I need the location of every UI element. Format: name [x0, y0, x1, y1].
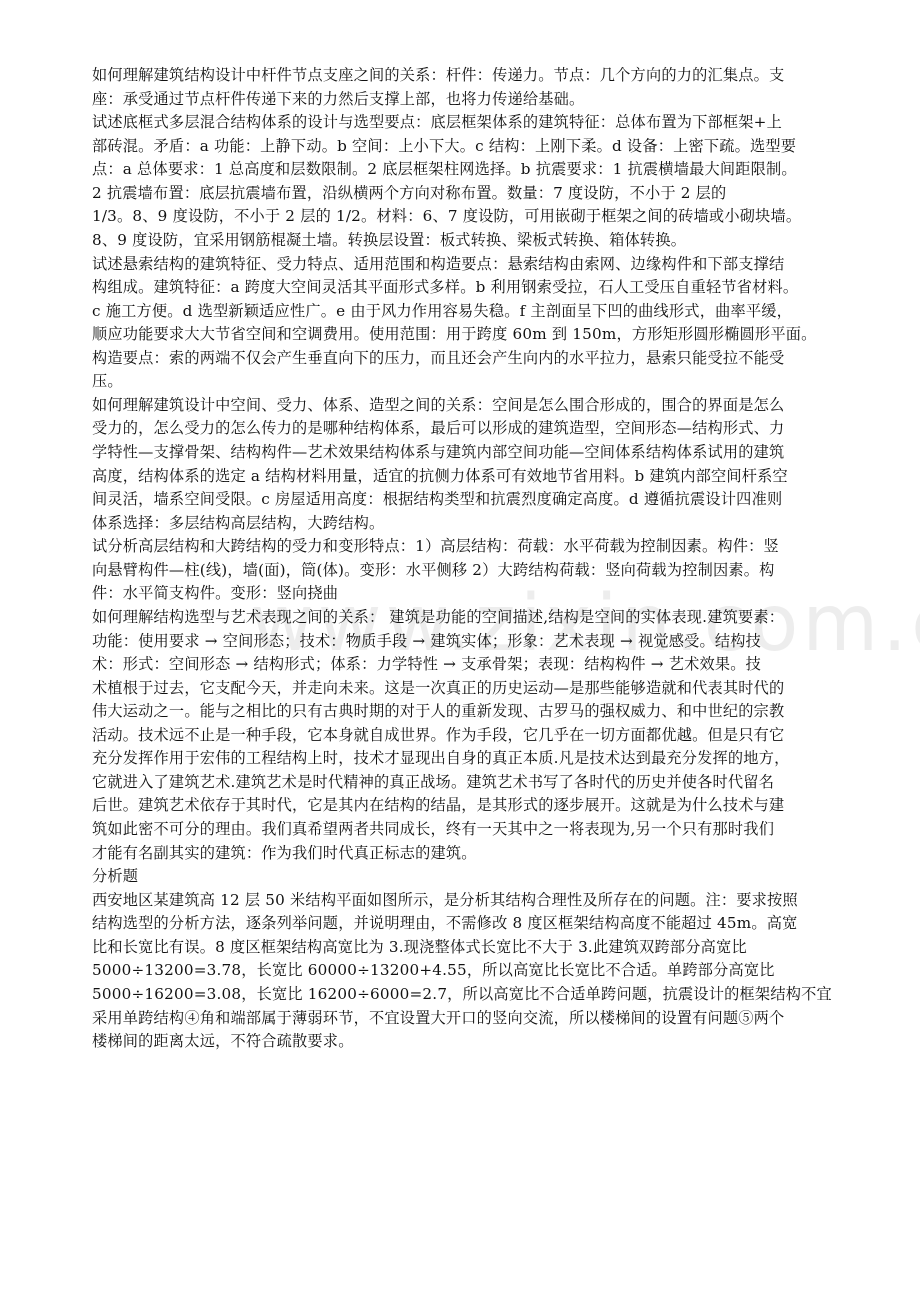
- text-line: 5000÷13200=3.78，长宽比 60000÷13200+4.55，所以高…: [92, 959, 872, 983]
- section-title: 分析题: [92, 865, 872, 889]
- text-line: 才能有名副其实的建筑：作为我们时代真正标志的建筑。: [92, 842, 872, 866]
- text-line: 如何理解建筑设计中空间、受力、体系、造型之间的关系：空间是怎么围合形成的，围合的…: [92, 394, 872, 418]
- text-line: 8、9 度设防，宜采用钢筋棍凝土墙。转换层设置：板式转换、梁板式转换、箱体转换。: [92, 229, 872, 253]
- text-line: 活动。技术远不止是一种手段，它本身就自成世界。作为手段，它几乎在一切方面都优越。…: [92, 724, 872, 748]
- text-line: 它就进入了建筑艺术.建筑艺术是时代精神的真正战场。建筑艺术书写了各时代的历史并使…: [92, 771, 872, 795]
- text-line: 高度，结构体系的选定 a 结构材料用量，适宜的抗侧力体系可有效地节省用料。b 建…: [92, 465, 872, 489]
- text-line: 充分发挥作用于宏伟的工程结构上时，技术才显现出自身的真正本质.凡是技术达到最充分…: [92, 747, 872, 771]
- text-line: c 施工方便。d 选型新颖适应性广。e 由于风力作用容易失稳。f 主剖面呈下凹的…: [92, 300, 872, 324]
- text-line: 部砖混。矛盾：a 功能：上静下动。b 空间：上小下大。c 结构：上刚下柔。d 设…: [92, 135, 872, 159]
- text-line: 西安地区某建筑高 12 层 50 米结构平面如图所示，是分析其结构合理性及所存在…: [92, 889, 872, 913]
- text-line: 楼梯间的距离太远，不符合疏散要求。: [92, 1030, 872, 1054]
- text-line: 试述悬索结构的建筑特征、受力特点、适用范围和构造要点：悬索结构由索网、边缘构件和…: [92, 253, 872, 277]
- text-line: 后世。建筑艺术依存于其时代，它是其内在结构的结晶，是其形式的逐步展开。这就是为什…: [92, 794, 872, 818]
- text-line: 体系选择：多层结构高层结构，大跨结构。: [92, 512, 872, 536]
- text-line: 受力的，怎么受力的怎么传力的是哪种结构体系，最后可以形成的建筑造型，空间形态—结…: [92, 417, 872, 441]
- text-line: 筑如此密不可分的理由。我们真希望两者共同成长，终有一天其中之一将表现为,另一个只…: [92, 818, 872, 842]
- text-line: 如何理解建筑结构设计中杆件节点支座之间的关系：杆件：传递力。节点：几个方向的力的…: [92, 64, 872, 88]
- text-line: 术植根于过去，它支配今天，并走向未来。这是一次真正的历史运动—是那些能够造就和代…: [92, 677, 872, 701]
- text-line: 向悬臂构件—柱(线)，墙(面)，筒(体)。变形：水平侧移 2）大跨结构荷载：竖向…: [92, 559, 872, 583]
- text-line: 座：承受通过节点杆件传递下来的力然后支撑上部，也将力传递给基础。: [92, 88, 872, 112]
- paragraph-member-node-support: 如何理解建筑结构设计中杆件节点支座之间的关系：杆件：传递力。节点：几个方向的力的…: [92, 64, 872, 111]
- paragraph-bottom-frame-structure: 试述底框式多层混合结构体系的设计与选型要点：底层框架体系的建筑特征：总体布置为下…: [92, 111, 872, 252]
- section-heading-analysis: 分析题: [92, 865, 872, 889]
- text-line: 顺应功能要求大大节省空间和空调费用。使用范围：用于跨度 60m 到 150m，方…: [92, 323, 872, 347]
- text-line: 比和长宽比有误。8 度区框架结构高宽比为 3.现浇整体式长宽比不大于 3.此建筑…: [92, 936, 872, 960]
- text-line: 件：水平简支构件。变形：竖向挠曲: [92, 582, 872, 606]
- text-line: 功能：使用要求 → 空间形态；技术：物质手段 → 建筑实体；形象：艺术表现 → …: [92, 630, 872, 654]
- text-line: 采用单跨结构④角和端部属于薄弱环节，不宜设置大开口的竖向交流，所以楼梯间的设置有…: [92, 1007, 872, 1031]
- text-line: 点：a 总体要求：1 总高度和层数限制。2 底层框架柱网选择。b 抗震要求：1 …: [92, 158, 872, 182]
- text-line: 压。: [92, 370, 872, 394]
- text-line: 间灵活，墙系空间受限。c 房屋适用高度：根据结构类型和抗震烈度确定高度。d 遵循…: [92, 488, 872, 512]
- text-line: 学特性—支撑骨架、结构构件—艺术效果结构体系与建筑内部空间功能—空间体系结构体系…: [92, 441, 872, 465]
- text-line: 试分析高层结构和大跨结构的受力和变形特点：1）高层结构：荷载：水平荷载为控制因素…: [92, 535, 872, 559]
- text-line: 构组成。建筑特征：a 跨度大空间灵活其平面形式多样。b 利用钢索受拉，石人工受压…: [92, 276, 872, 300]
- text-line: 2 抗震墙布置：底层抗震墙布置，沿纵横两个方向对称布置。数量：7 度设防，不小于…: [92, 182, 872, 206]
- text-line: 5000÷16200=3.08，长宽比 16200÷6000=2.7，所以高宽比…: [92, 983, 872, 1007]
- text-line: 构造要点：索的两端不仅会产生垂直向下的压力，而且还会产生向内的水平拉力，悬索只能…: [92, 347, 872, 371]
- text-line: 1/3。8、9 度设防，不小于 2 层的 1/2。材料：6、7 度设防，可用嵌砌…: [92, 205, 872, 229]
- paragraph-highrise-longspan: 试分析高层结构和大跨结构的受力和变形特点：1）高层结构：荷载：水平荷载为控制因素…: [92, 535, 872, 606]
- text-line: 术：形式：空间形态 → 结构形式；体系：力学特性 → 支承骨架；表现：结构构件 …: [92, 653, 872, 677]
- paragraph-analysis-question: 西安地区某建筑高 12 层 50 米结构平面如图所示，是分析其结构合理性及所存在…: [92, 889, 872, 1054]
- text-line: 结构选型的分析方法，逐条列举问题，并说明理由，不需修改 8 度区框架结构高度不能…: [92, 912, 872, 936]
- paragraph-space-force-system-form: 如何理解建筑设计中空间、受力、体系、造型之间的关系：空间是怎么围合形成的，围合的…: [92, 394, 872, 535]
- text-line: 试述底框式多层混合结构体系的设计与选型要点：底层框架体系的建筑特征：总体布置为下…: [92, 111, 872, 135]
- text-line: 伟大运动之一。能与之相比的只有古典时期的对于人的重新发现、古罗马的强权威力、和中…: [92, 700, 872, 724]
- document-page: 如何理解建筑结构设计中杆件节点支座之间的关系：杆件：传递力。节点：几个方向的力的…: [92, 64, 872, 1054]
- paragraph-structure-and-art: 如何理解结构选型与艺术表现之间的关系： 建筑是功能的空间描述,结构是空间的实体表…: [92, 606, 872, 865]
- paragraph-suspension-structure: 试述悬索结构的建筑特征、受力特点、适用范围和构造要点：悬索结构由索网、边缘构件和…: [92, 253, 872, 394]
- text-line: 如何理解结构选型与艺术表现之间的关系： 建筑是功能的空间描述,结构是空间的实体表…: [92, 606, 872, 630]
